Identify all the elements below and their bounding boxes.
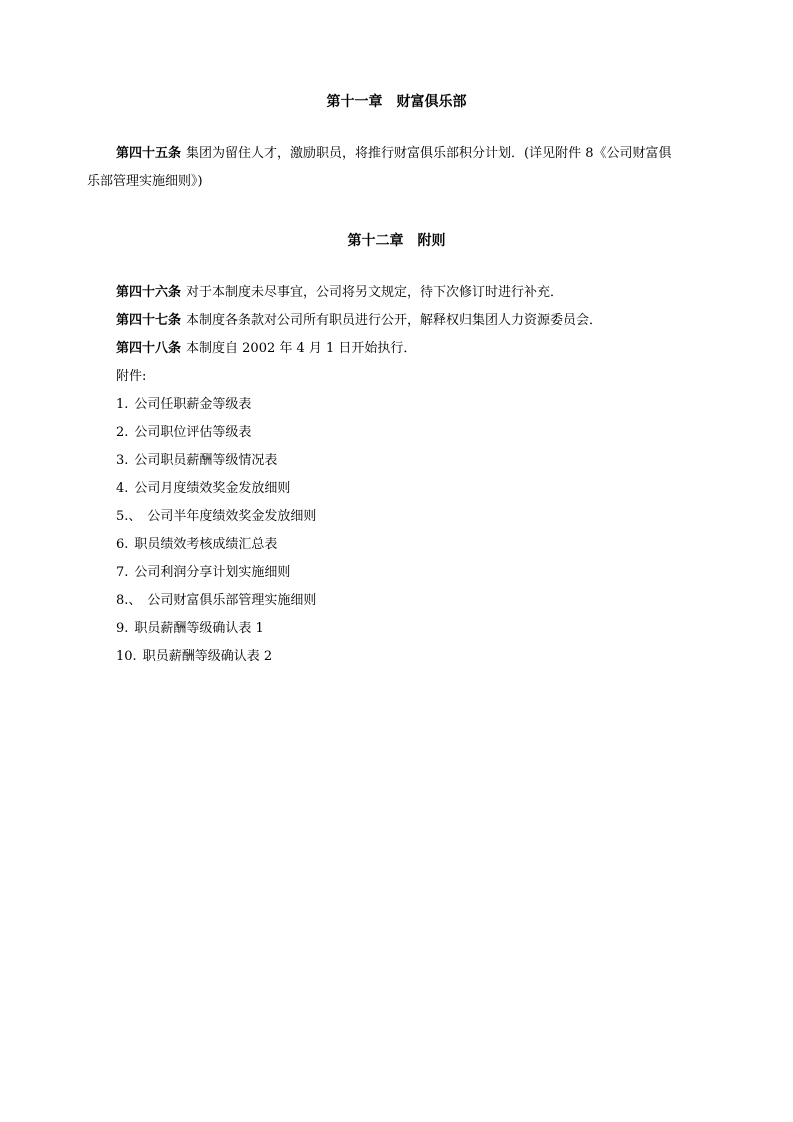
attachment-title: 公司半年度绩效奖金发放细则 (147, 509, 316, 524)
attachment-number: 3. (116, 453, 128, 468)
article-45: 第四十五条集团为留住人才，激励职员，将推行财富俱乐部积分计划．(详见附件 8《公… (116, 144, 672, 164)
attachment-title: 公司职员薪酬等级情况表 (134, 453, 277, 468)
attachment-title: 职员绩效考核成绩汇总表 (134, 537, 277, 552)
attachment-title: 公司任职薪金等级表 (134, 397, 251, 412)
document-page: 第十一章财富俱乐部 第四十五条集团为留住人才，激励职员，将推行财富俱乐部积分计划… (0, 0, 793, 1122)
attachment-item: 7.公司利润分享计划实施细则 (116, 563, 290, 583)
attachment-title: 职员薪酬等级确认表 1 (134, 621, 263, 636)
attachment-item: 9.职员薪酬等级确认表 1 (116, 619, 264, 639)
attachment-item: 6.职员绩效考核成绩汇总表 (116, 535, 277, 555)
attachment-item: 3.公司职员薪酬等级情况表 (116, 451, 277, 471)
attachment-number: 2. (116, 425, 128, 440)
chapter-12-number: 第十二章 (348, 233, 404, 249)
attachment-number: 5.、 (116, 509, 141, 524)
attachment-number: 1. (116, 397, 128, 412)
article-47-label: 第四十七条 (116, 313, 181, 328)
chapter-12-name: 附则 (418, 233, 446, 249)
attachment-number: 4. (116, 481, 128, 496)
article-45-label: 第四十五条 (116, 146, 181, 161)
chapter-11-number: 第十一章 (327, 94, 383, 110)
attachment-number: 7. (116, 565, 128, 580)
attachment-title: 公司月度绩效奖金发放细则 (134, 481, 290, 496)
attachment-title: 公司职位评估等级表 (134, 425, 251, 440)
attachments-label: 附件: (116, 367, 146, 387)
article-48-label: 第四十八条 (116, 341, 181, 356)
article-46-label: 第四十六条 (116, 285, 181, 300)
article-45-text: 集团为留住人才，激励职员，将推行财富俱乐部积分计划．(详见附件 8《公司财富俱 (186, 146, 671, 161)
article-47: 第四十七条本制度各条款对公司所有职员进行公开，解释权归集团人力资源委员会． (116, 311, 602, 331)
attachment-number: 10. (116, 649, 137, 664)
chapter-11-title: 第十一章财富俱乐部 (0, 92, 793, 112)
chapter-11-name: 财富俱乐部 (397, 94, 467, 110)
attachment-number: 6. (116, 537, 128, 552)
attachment-title: 职员薪酬等级确认表 2 (143, 649, 272, 664)
attachment-title: 公司利润分享计划实施细则 (134, 565, 290, 580)
attachment-item: 8.、公司财富俱乐部管理实施细则 (116, 591, 316, 611)
article-46: 第四十六条对于本制度未尽事宜，公司将另文规定，待下次修订时进行补充． (116, 283, 563, 303)
attachment-number: 9. (116, 621, 128, 636)
attachment-item: 4.公司月度绩效奖金发放细则 (116, 479, 290, 499)
attachment-item: 1.公司任职薪金等级表 (116, 395, 251, 415)
attachment-number: 8.、 (116, 593, 141, 608)
article-46-text: 对于本制度未尽事宜，公司将另文规定，待下次修订时进行补充． (186, 285, 563, 300)
attachment-item: 5.、公司半年度绩效奖金发放细则 (116, 507, 316, 527)
article-48-text: 本制度自 2002 年 4 月 1 日开始执行． (186, 341, 416, 356)
article-48: 第四十八条本制度自 2002 年 4 月 1 日开始执行． (116, 339, 416, 359)
attachment-title: 公司财富俱乐部管理实施细则 (147, 593, 316, 608)
attachment-item: 2.公司职位评估等级表 (116, 423, 251, 443)
article-45-text-cont: 乐部管理实施细则》) (87, 174, 203, 189)
attachment-item: 10.职员薪酬等级确认表 2 (116, 647, 272, 667)
article-47-text: 本制度各条款对公司所有职员进行公开，解释权归集团人力资源委员会． (186, 313, 602, 328)
article-45-continuation: 乐部管理实施细则》) (87, 172, 203, 192)
chapter-12-title: 第十二章附则 (0, 231, 793, 251)
